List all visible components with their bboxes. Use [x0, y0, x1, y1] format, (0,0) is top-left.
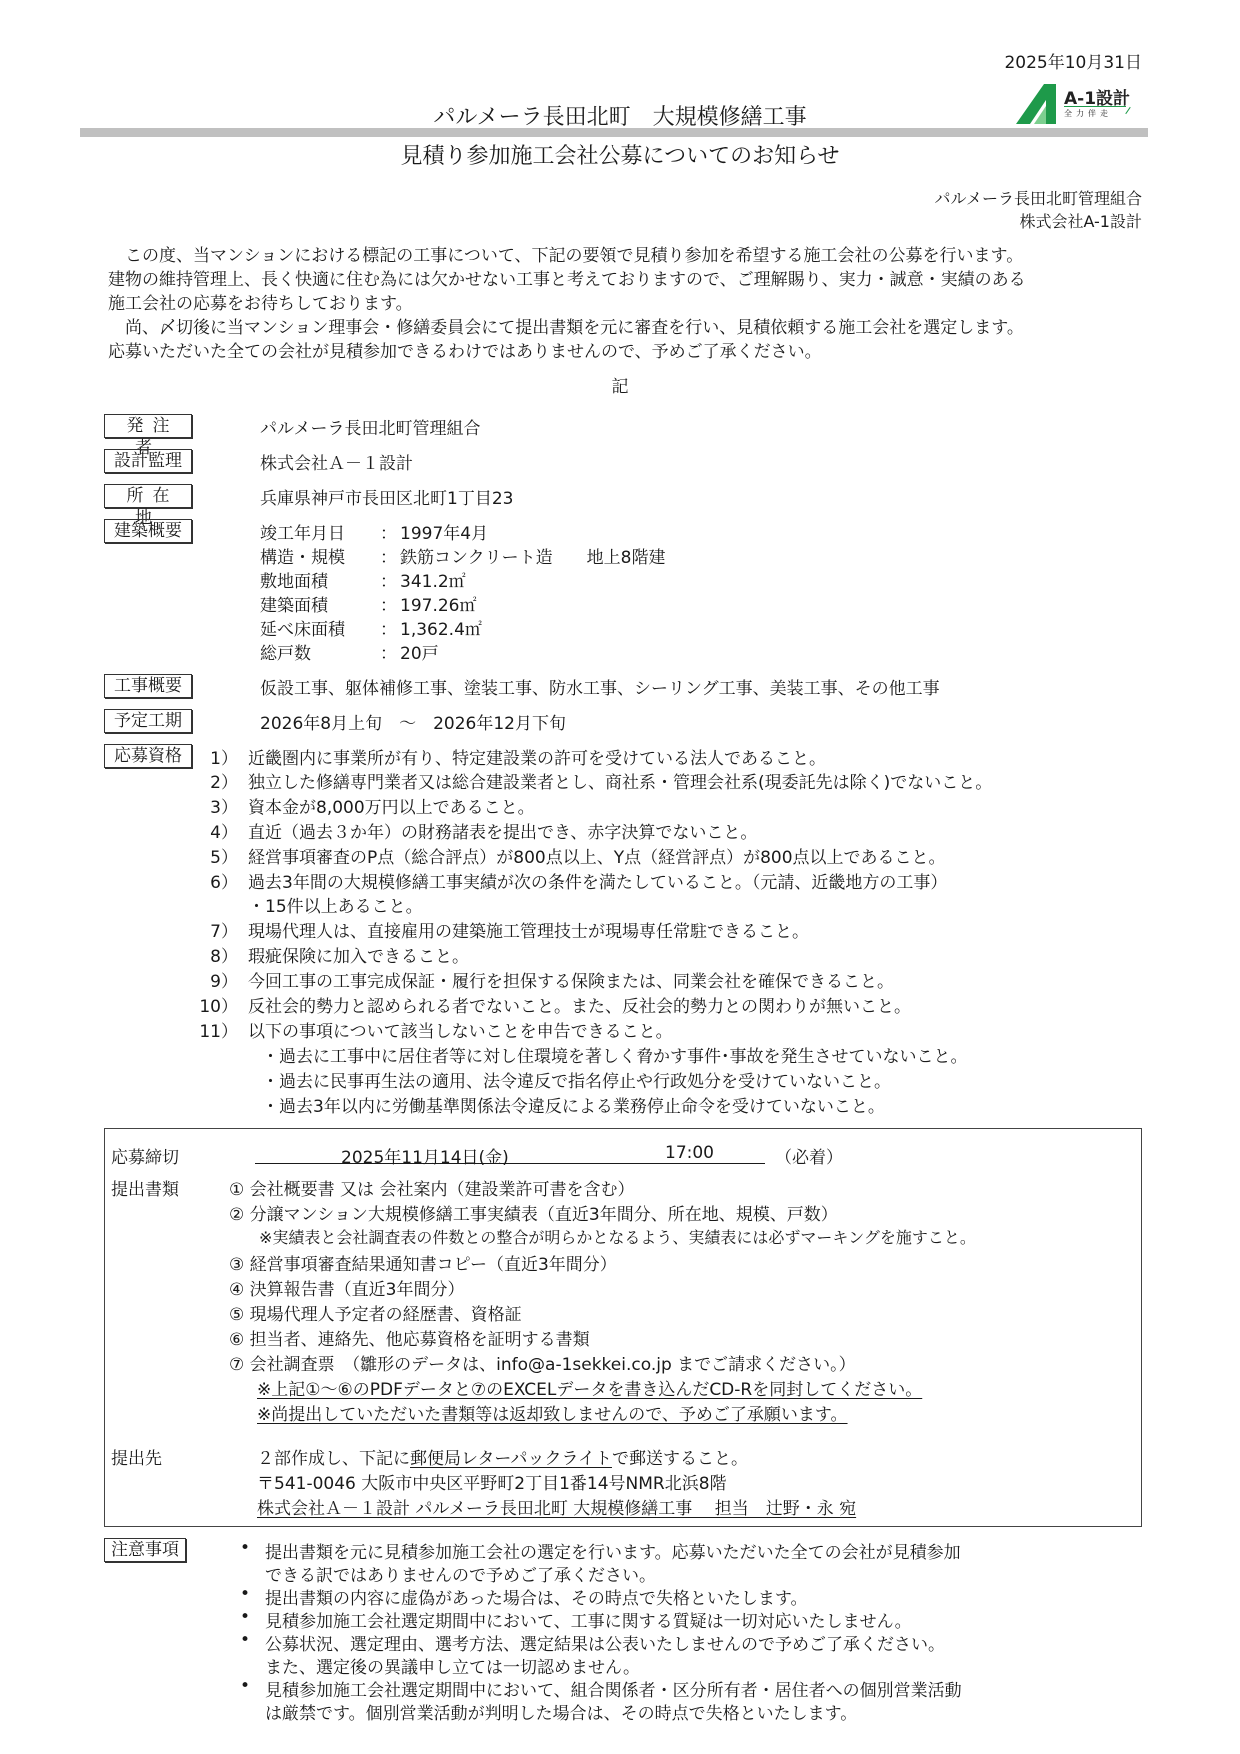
note-bullet-1: • — [240, 1538, 250, 1558]
note-bullet-4: • — [240, 1630, 250, 1650]
spec-completion: 竣工年月日：1997年4月 — [260, 519, 488, 544]
note-bullet-2: • — [240, 1584, 250, 1604]
destination-address: 〒541-0046 大阪市中央区平野町2丁目1番14号NMR北浜8階 — [257, 1469, 727, 1494]
intro-line-2: 建物の維持管理上、長く快適に住む為には欠かせない工事と考えておりますので、ご理解… — [108, 268, 1026, 293]
note-5-line-2: は厳禁です。個別営業活動が判明した場合は、その時点で失格といたします。 — [265, 1699, 857, 1724]
title-project-name: パルメーラ長田北町 大規模修繕工事 — [0, 100, 1240, 131]
letterpack-light: 郵便局レターパックライト — [410, 1449, 612, 1469]
value-location: 兵庫県神戸市長田区北町1丁目23 — [260, 484, 513, 509]
label-client: 発注者 — [104, 414, 192, 438]
document-6: ⑥ 担当者、連絡先、他応募資格を証明する書類 — [229, 1325, 590, 1350]
qualification-4: 4）直近（過去３か年）の財務諸表を提出でき、赤字決算でないこと。 — [194, 818, 757, 843]
label-building: 建築概要 — [104, 519, 192, 543]
note-1-line-2: できる訳ではありませんので予めご了承ください。 — [265, 1561, 656, 1586]
qualification-11-sub-2: ・過去に民事再生法の適用、法令違反で指名停止や行政処分を受けていないこと。 — [262, 1067, 891, 1092]
sender-company: 株式会社A-1設計 — [1019, 209, 1142, 232]
spec-units: 総戸数：20戸 — [260, 639, 439, 664]
qualification-11: 11）以下の事項について該当しないことを申告できること。 — [194, 1017, 673, 1042]
value-work: 仮設工事、躯体補修工事、塗装工事、防水工事、シーリング工事、美装工事、その他工事 — [260, 674, 940, 699]
intro-line-5: 応募いただいた全ての会社が見積参加できるわけではありませんので、予めご了承くださ… — [108, 340, 822, 365]
label-notes: 注意事項 — [104, 1538, 186, 1562]
qualification-8: 8）瑕疵保険に加入できること。 — [194, 942, 469, 967]
intro-line-3: 施工会社の応募をお待ちしております。 — [108, 292, 413, 317]
spec-structure: 構造・規模：鉄筋コンクリート造 地上8階建 — [260, 543, 665, 568]
qualification-1: 1）近畿圏内に事業所が有り、特定建設業の許可を受けている法人であること。 — [194, 744, 826, 769]
label-destination: 提出先 — [111, 1444, 162, 1469]
label-work: 工事概要 — [104, 674, 192, 698]
deadline-underline — [255, 1163, 765, 1164]
note-bullet-3: • — [240, 1607, 250, 1627]
qualification-9: 9）今回工事の工事完成保証・履行を担保する保険または、同業会社を確保できること。 — [194, 967, 894, 992]
note-4-line-2: また、選定後の異議申し立ては一切認めません。 — [265, 1653, 640, 1678]
qualification-3: 3）資本金が8,000万円以上であること。 — [194, 793, 535, 818]
ki-heading: 記 — [0, 372, 1240, 397]
qualification-11-sub-1: ・過去に工事中に居住者等に対し住環境を著しく脅かす事件･事故を発生させていないこ… — [262, 1042, 968, 1067]
qualification-10: 10）反社会的勢力と認められる者でないこと。また、反社会的勢力との関わりが無いこ… — [194, 992, 911, 1017]
label-period: 予定工期 — [104, 709, 192, 733]
document-1: ① 会社概要書 又は 会社案内（建設業許可書を含む） — [229, 1175, 634, 1200]
label-supervisor: 設計監理 — [104, 449, 192, 473]
qualification-5: 5）経営事項審査のP点（総合評点）が800点以上、Y点（経営評点）が800点以上… — [194, 843, 946, 868]
spec-floor-area: 延べ床面積：1,362.4㎡ — [260, 615, 482, 640]
value-client: パルメーラ長田北町管理組合 — [260, 414, 481, 439]
deadline-date: 2025年11月14日(金) — [341, 1143, 509, 1168]
intro-line-4: 尚、〆切後に当マンション理事会・修繕委員会にて提出書類を元に審査を行い、見積依頼… — [108, 316, 1024, 341]
label-documents: 提出書類 — [111, 1175, 179, 1200]
note-1-line-1: 提出書類を元に見積参加施工会社の選定を行います。応募いただいた全ての会社が見積参… — [265, 1538, 961, 1563]
no-return-note: ※尚提出していただいた書類等は返却致しませんので、予めご了承願います。 — [257, 1400, 848, 1425]
document-date: 2025年10月31日 — [1004, 48, 1142, 73]
document-7: ⑦ 会社調査票 （雛形のデータは、info@a-1sekkei.co.jp まで… — [229, 1350, 856, 1375]
note-2: 提出書類の内容に虚偽があった場合は、その時点で失格といたします。 — [265, 1584, 807, 1609]
sender-association: パルメーラ長田北町管理組合 — [934, 186, 1142, 209]
document-5: ⑤ 現場代理人予定者の経歴書、資格証 — [229, 1300, 522, 1325]
submission-box: 応募締切 2025年11月14日(金) 17:00 （必着） 提出書類 ① 会社… — [104, 1128, 1142, 1527]
cd-r-note: ※上記①～⑥のPDFデータと⑦のEXCELデータを書き込んだCD-Rを同封してく… — [257, 1375, 922, 1400]
value-supervisor: 株式会社Ａ－１設計 — [260, 449, 413, 474]
note-5-line-1: 見積参加施工会社選定期間中において、組合関係者・区分所有者・居住者への個別営業活… — [265, 1676, 962, 1701]
document-3: ③ 経営事項審査結果通知書コピー（直近3年間分） — [229, 1250, 617, 1275]
note-4-line-1: 公募状況、選定理由、選考方法、選定結果は公表いたしませんので予めご了承ください。 — [265, 1630, 945, 1655]
label-location: 所在地 — [104, 484, 192, 508]
qualification-7: 7）現場代理人は、直接雇用の建築施工管理技士が現場専任常駐できること。 — [194, 917, 809, 942]
label-qualifications: 応募資格 — [104, 744, 192, 768]
title-divider-band — [80, 128, 1148, 137]
qualification-6-sub: ・15件以上あること。 — [194, 892, 423, 917]
document-2-note: ※実績表と会社調査表の件数との整合が明らかとなるよう、実績表には必ずマーキングを… — [259, 1225, 976, 1248]
destination-instruction: ２部作成し、下記に郵便局レターパックライトで郵送すること。 — [257, 1444, 748, 1469]
deadline-time: 17:00 — [665, 1143, 714, 1163]
qualification-2: 2）独立した修繕専門業者又は総合建設業者とし、商社系・管理会社系(現委託先は除く… — [194, 768, 992, 793]
qualification-11-sub-3: ・過去3年以内に労働基準関係法令違反による業務停止命令を受けていないこと。 — [262, 1092, 885, 1117]
document-2: ② 分譲マンション大規模修繕工事実績表（直近3年間分、所在地、規模、戸数） — [229, 1200, 838, 1225]
spec-site-area: 敷地面積：341.2㎡ — [260, 567, 466, 592]
deadline-note: （必着） — [775, 1143, 843, 1168]
title-notice: 見積り参加施工会社公募についてのお知らせ — [0, 139, 1240, 170]
spec-building-area: 建築面積：197.26㎡ — [260, 591, 476, 616]
destination-recipient: 株式会社Ａ－１設計 パルメーラ長田北町 大規模修繕工事 担当 辻野・永 宛 — [257, 1494, 856, 1519]
note-bullet-5: • — [240, 1676, 250, 1696]
document-4: ④ 決算報告書（直近3年間分） — [229, 1275, 464, 1300]
intro-line-1: この度、当マンションにおける標記の工事について、下記の要領で見積り参加を希望する… — [108, 244, 1023, 269]
qualification-6: 6）過去3年間の大規模修繕工事実績が次の条件を満たしていること。（元請、近畿地方… — [194, 868, 947, 893]
label-deadline: 応募締切 — [111, 1143, 179, 1168]
note-3: 見積参加施工会社選定期間中において、工事に関する質疑は一切対応いたしません。 — [265, 1607, 912, 1632]
value-period: 2026年8月上旬 ～ 2026年12月下旬 — [260, 709, 566, 734]
